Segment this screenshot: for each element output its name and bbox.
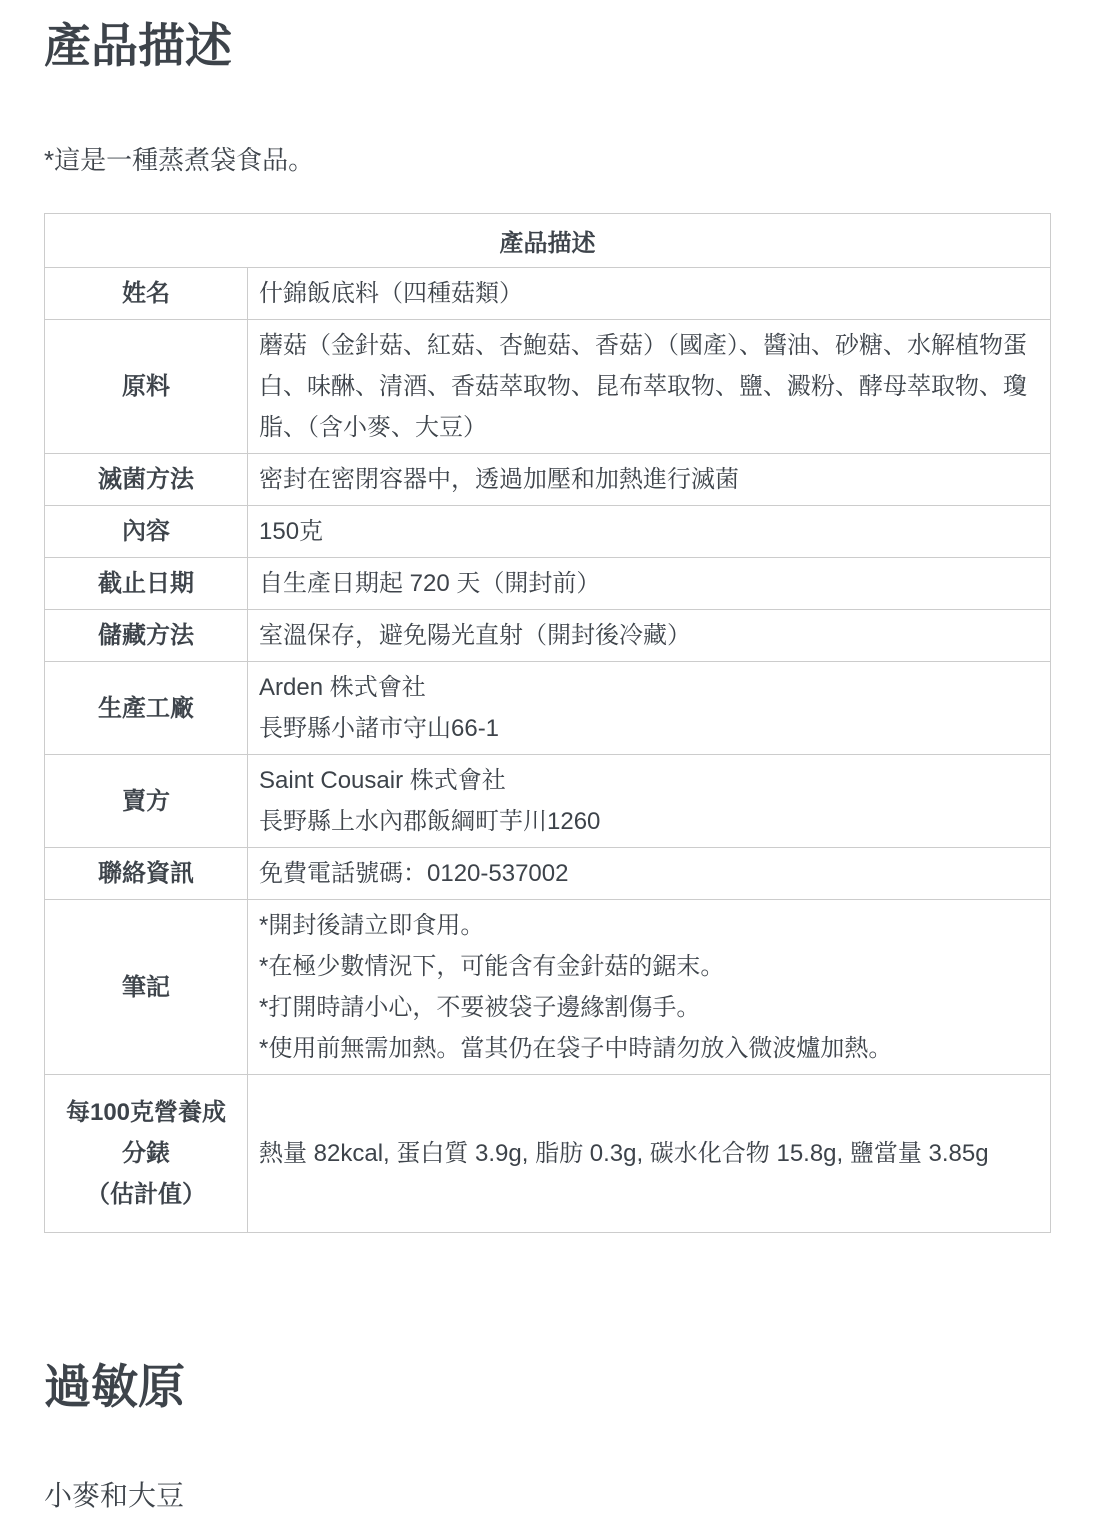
row-value: 150克 <box>248 506 1051 558</box>
row-value: 密封在密閉容器中，透過加壓和加熱進行滅菌 <box>248 454 1051 506</box>
row-label: 筆記 <box>45 900 248 1075</box>
table-row: 聯絡資訊免費電話號碼：0120-537002 <box>45 848 1051 900</box>
allergen-heading: 過敏原 <box>44 1359 1052 1415</box>
row-value: Saint Cousair 株式會社 長野縣上水內郡飯綱町芋川1260 <box>248 755 1051 848</box>
row-value: *開封後請立即食用。 *在極少數情況下，可能含有金針菇的鋸末。 *打開時請小心，… <box>248 900 1051 1075</box>
allergen-text: 小麥和大豆 <box>44 1476 1052 1516</box>
table-row: 姓名什錦飯底料（四種菇類） <box>45 268 1051 320</box>
table-row: 截止日期自生產日期起 720 天（開封前） <box>45 558 1051 610</box>
table-row: 原料蘑菇（金針菇、紅菇、杏鮑菇、香菇）（國產）、醬油、砂糖、水解植物蛋白、味醂、… <box>45 320 1051 454</box>
row-value: 自生產日期起 720 天（開封前） <box>248 558 1051 610</box>
row-value: 熱量 82kcal, 蛋白質 3.9g, 脂肪 0.3g, 碳水化合物 15.8… <box>248 1075 1051 1233</box>
table-row: 每100克營養成 分錶 （估計值）熱量 82kcal, 蛋白質 3.9g, 脂肪… <box>45 1075 1051 1233</box>
row-label: 生產工廠 <box>45 662 248 755</box>
table-row: 滅菌方法密封在密閉容器中，透過加壓和加熱進行滅菌 <box>45 454 1051 506</box>
row-value: 蘑菇（金針菇、紅菇、杏鮑菇、香菇）（國產）、醬油、砂糖、水解植物蛋白、味醂、清酒… <box>248 320 1051 454</box>
table-row: 內容150克 <box>45 506 1051 558</box>
table-body: 姓名什錦飯底料（四種菇類）原料蘑菇（金針菇、紅菇、杏鮑菇、香菇）（國產）、醬油、… <box>45 268 1051 1233</box>
product-description-table: 產品描述 姓名什錦飯底料（四種菇類）原料蘑菇（金針菇、紅菇、杏鮑菇、香菇）（國產… <box>44 213 1051 1233</box>
row-value: Arden 株式會社 長野縣小諸市守山66-1 <box>248 662 1051 755</box>
row-label: 姓名 <box>45 268 248 320</box>
row-label: 儲藏方法 <box>45 610 248 662</box>
row-label: 截止日期 <box>45 558 248 610</box>
row-value: 室溫保存，避免陽光直射（開封後冷藏） <box>248 610 1051 662</box>
row-label: 內容 <box>45 506 248 558</box>
table-row: 賣方Saint Cousair 株式會社 長野縣上水內郡飯綱町芋川1260 <box>45 755 1051 848</box>
table-row: 儲藏方法室溫保存，避免陽光直射（開封後冷藏） <box>45 610 1051 662</box>
row-value: 免費電話號碼：0120-537002 <box>248 848 1051 900</box>
row-value: 什錦飯底料（四種菇類） <box>248 268 1051 320</box>
row-label: 每100克營養成 分錶 （估計值） <box>45 1075 248 1233</box>
row-label: 聯絡資訊 <box>45 848 248 900</box>
row-label: 賣方 <box>45 755 248 848</box>
row-label: 滅菌方法 <box>45 454 248 506</box>
product-description-heading: 產品描述 <box>44 0 1052 74</box>
table-row: 筆記*開封後請立即食用。 *在極少數情況下，可能含有金針菇的鋸末。 *打開時請小… <box>45 900 1051 1075</box>
row-label: 原料 <box>45 320 248 454</box>
table-title-row: 產品描述 <box>45 214 1051 268</box>
table-row: 生產工廠Arden 株式會社 長野縣小諸市守山66-1 <box>45 662 1051 755</box>
retort-pouch-note: *這是一種蒸煮袋食品。 <box>44 142 1052 178</box>
product-detail-page: 產品描述 *這是一種蒸煮袋食品。 產品描述 姓名什錦飯底料（四種菇類）原料蘑菇（… <box>0 0 1096 1516</box>
table-title: 產品描述 <box>45 214 1051 268</box>
